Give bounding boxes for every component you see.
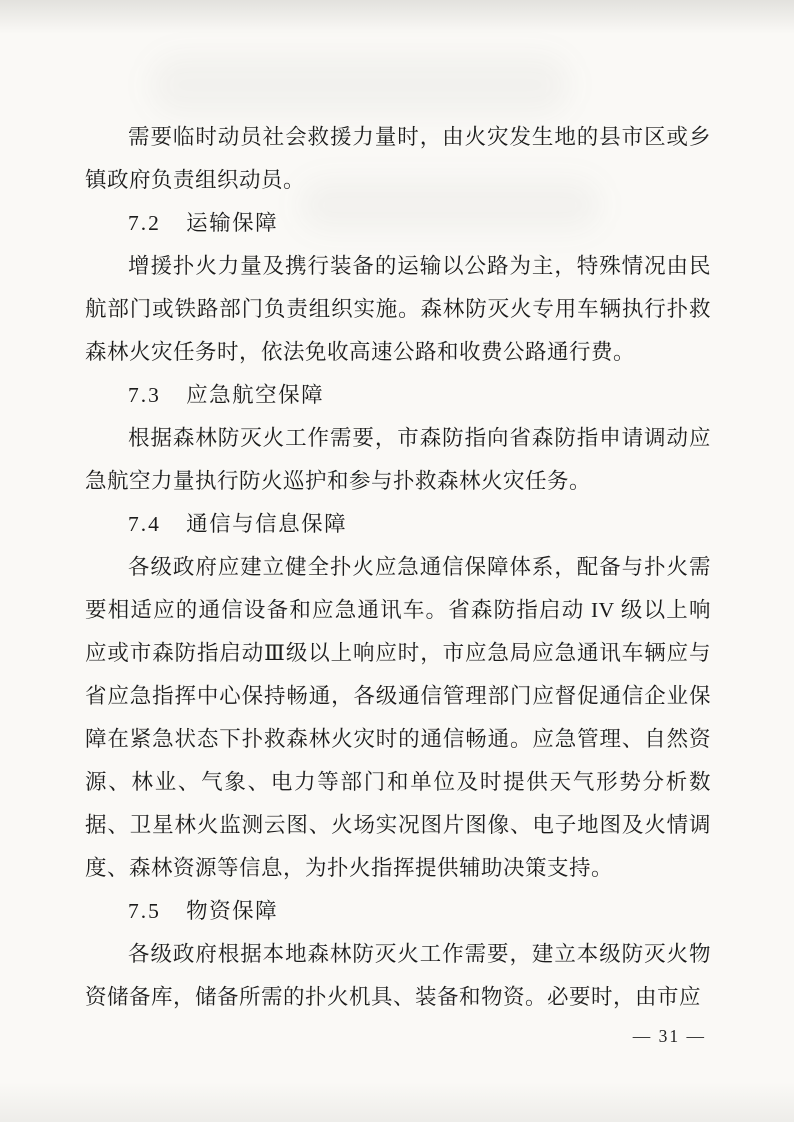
scan-bleed-artifact: [150, 55, 570, 115]
section-heading-7-4: 7.4 通信与信息保障: [85, 503, 711, 546]
page-footer: — 31 —: [633, 1026, 706, 1047]
section-heading-7-2: 7.2 运输保障: [85, 202, 711, 245]
paragraph-supplies: 各级政府根据本地森林防灭火工作需要，建立本级防灭火物资储备库，储备所需的扑火机具…: [85, 933, 711, 1019]
section-title: 物资保障: [186, 899, 278, 923]
paragraph-aviation: 根据森林防灭火工作需要，市森防指向省森防指申请调动应急航空力量执行防火巡护和参与…: [85, 417, 711, 503]
document-page: 需要临时动员社会救援力量时，由火灾发生地的县市区或乡镇政府负责组织动员。 7.2…: [0, 0, 794, 1122]
section-title: 通信与信息保障: [186, 512, 347, 536]
paragraph-communication: 各级政府应建立健全扑火应急通信保障体系，配备与扑火需要相适应的通信设备和应急通讯…: [85, 546, 711, 890]
paragraph-mobilization: 需要临时动员社会救援力量时，由火灾发生地的县市区或乡镇政府负责组织动员。: [85, 116, 711, 202]
document-body: 需要临时动员社会救援力量时，由火灾发生地的县市区或乡镇政府负责组织动员。 7.2…: [85, 116, 711, 1019]
section-title: 应急航空保障: [186, 383, 324, 407]
paragraph-transport: 增援扑火力量及携行装备的运输以公路为主，特殊情况由民航部门或铁路部门负责组织实施…: [85, 245, 711, 374]
section-number: 7.4: [128, 512, 161, 536]
section-title: 运输保障: [186, 211, 278, 235]
section-number: 7.3: [128, 383, 161, 407]
section-number: 7.2: [128, 211, 161, 235]
section-heading-7-5: 7.5 物资保障: [85, 890, 711, 933]
section-heading-7-3: 7.3 应急航空保障: [85, 374, 711, 417]
section-number: 7.5: [128, 899, 161, 923]
page-number: — 31 —: [633, 1026, 706, 1046]
